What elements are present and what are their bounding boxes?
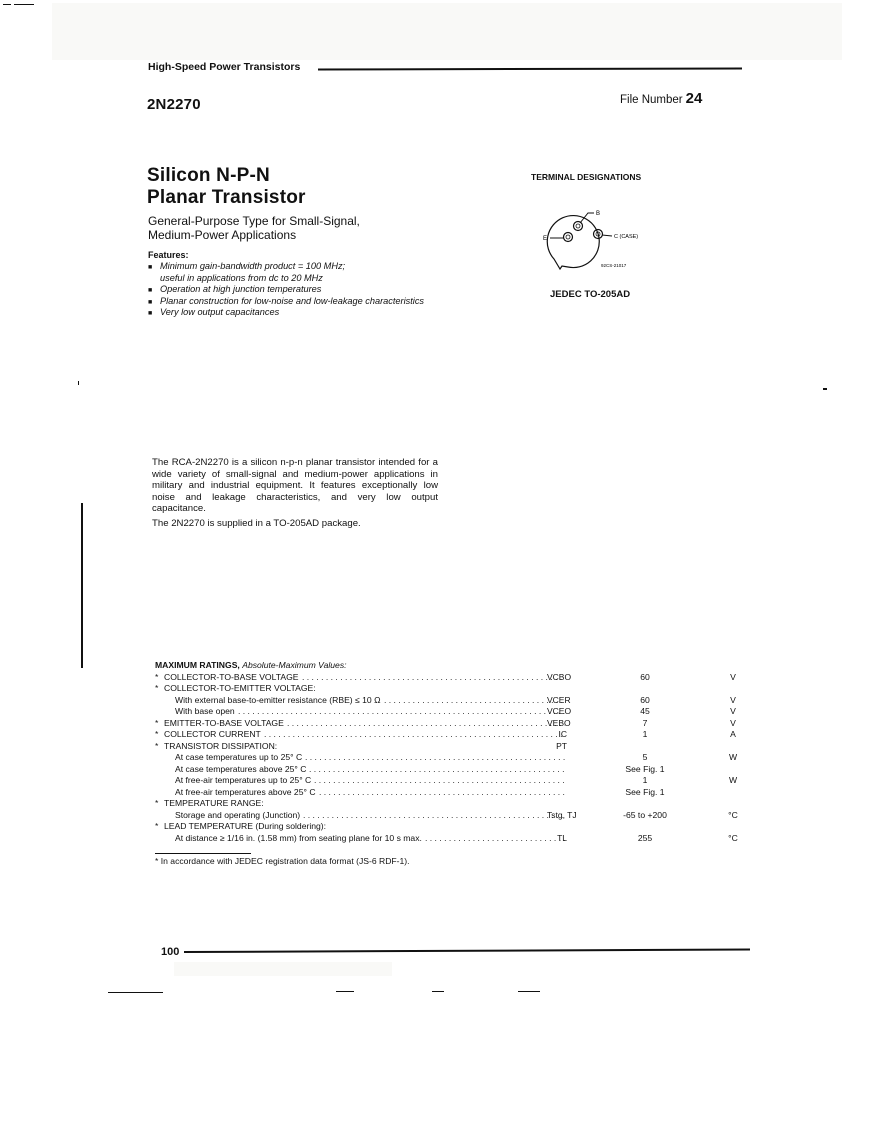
leader-dots: . . . . . . . . . . . . . . . . . . . . … [302, 672, 565, 684]
rating-label: *TEMPERATURE RANGE: [155, 798, 264, 810]
rating-unit: W [727, 775, 739, 787]
scan-mark [432, 991, 444, 992]
rating-label: *COLLECTOR-TO-EMITTER VOLTAGE: [155, 683, 316, 695]
feature-item: Very low output capacitances [148, 307, 424, 319]
scan-shading-band [174, 962, 392, 976]
rating-label-text: At free-air temperatures above 25° C [175, 787, 316, 797]
features-heading: Features: [148, 250, 189, 260]
rating-unit: V [727, 718, 739, 730]
rating-symbol: VCEO [547, 706, 567, 718]
description-paragraph: The 2N2270 is supplied in a TO-205AD pac… [152, 518, 438, 530]
rating-label-text: LEAD TEMPERATURE (During soldering): [164, 821, 326, 831]
rating-value: 7 [615, 718, 675, 730]
rating-label: With external base-to-emitter resistance… [175, 695, 381, 707]
jedec-asterisk: * [155, 718, 164, 730]
features-list: Minimum gain-bandwidth product = 100 MHz… [148, 261, 424, 319]
rating-value: 60 [615, 695, 675, 707]
rating-label-text: At free-air temperatures up to 25° C [175, 775, 311, 785]
rating-label: At case temperatures up to 25° C [175, 752, 302, 764]
rating-label: *TRANSISTOR DISSIPATION: [155, 741, 277, 753]
leader-dots: . . . . . . . . . . . . . . . . . . . . … [303, 810, 565, 822]
rating-row: *COLLECTOR-TO-EMITTER VOLTAGE: [155, 683, 755, 695]
rating-symbol: VEBO [547, 718, 567, 730]
file-number: File Number24 [620, 90, 702, 107]
rating-unit: A [727, 729, 739, 741]
ratings-heading: MAXIMUM RATINGS, Absolute-Maximum Values… [155, 660, 755, 672]
description: The RCA-2N2270 is a silicon n-p-n planar… [152, 457, 438, 533]
rating-label-text: TRANSISTOR DISSIPATION: [164, 741, 277, 751]
rating-label-text: Storage and operating (Junction) [175, 810, 300, 820]
leader-dots: . . . . . . . . . . . . . . . . . . . . … [309, 764, 565, 776]
rating-label: At free-air temperatures above 25° C [175, 787, 316, 799]
rating-value: See Fig. 1 [615, 764, 675, 776]
svg-text:E: E [543, 236, 547, 242]
rating-unit: V [727, 695, 739, 707]
jedec-asterisk: * [155, 729, 164, 741]
rating-row: At case temperatures up to 25° C . . . .… [155, 752, 755, 764]
rating-label-text: At case temperatures up to 25° C [175, 752, 302, 762]
rating-value: 5 [615, 752, 675, 764]
rating-symbol: PT [547, 741, 567, 753]
rating-label: Storage and operating (Junction) [175, 810, 300, 822]
package-designation: JEDEC TO-205AD [550, 289, 630, 300]
footer-rule [184, 949, 750, 953]
part-number: 2N2270 [147, 96, 201, 113]
jedec-asterisk: * [155, 741, 164, 753]
rating-label-text: With base open [175, 706, 235, 716]
scan-shading-band [52, 3, 842, 60]
scan-edge-line [81, 503, 83, 668]
svg-text:B: B [596, 211, 600, 217]
leader-dots: . . . . . . . . . . . . . . . . . . . . … [384, 695, 565, 707]
scan-mark [518, 991, 540, 992]
title-line-1: Silicon N-P-N [147, 165, 306, 187]
svg-text:C (CASE): C (CASE) [614, 234, 638, 240]
rating-value: 255 [615, 833, 675, 845]
title-line-2: Planar Transistor [147, 187, 306, 209]
leader-dots: . . . . . . . . . . . . . . . . . . . . … [305, 752, 565, 764]
rating-label-text: At case temperatures above 25° C [175, 764, 306, 774]
jedec-asterisk: * [155, 798, 164, 810]
terminal-designations-heading: TERMINAL DESIGNATIONS [531, 172, 641, 182]
footnote: * In accordance with JEDEC registration … [155, 856, 410, 866]
leader-dots: . . . . . . . . . . . . . . . . . . . . … [319, 787, 565, 799]
rating-row: *LEAD TEMPERATURE (During soldering): [155, 821, 755, 833]
rating-label: At free-air temperatures up to 25° C [175, 775, 311, 787]
rating-label: *COLLECTOR-TO-BASE VOLTAGE [155, 672, 299, 684]
rating-label-text: With external base-to-emitter resistance… [175, 695, 381, 705]
rating-row: *TEMPERATURE RANGE: [155, 798, 755, 810]
file-number-label: File Number [620, 94, 683, 106]
rating-row: With external base-to-emitter resistance… [155, 695, 755, 707]
rating-label-text: COLLECTOR-TO-BASE VOLTAGE [164, 672, 299, 682]
feature-item: Planar construction for low-noise and lo… [148, 296, 424, 308]
rating-row: Storage and operating (Junction) . . . .… [155, 810, 755, 822]
rating-value: See Fig. 1 [615, 787, 675, 799]
rating-label: With base open [175, 706, 235, 718]
scan-mark [3, 4, 11, 5]
scan-mark [823, 388, 827, 390]
leader-dots: . . . . . . . . . . . . . . . . . . . . … [264, 729, 565, 741]
feature-item: Minimum gain-bandwidth product = 100 MHz… [148, 261, 424, 273]
rating-label: *LEAD TEMPERATURE (During soldering): [155, 821, 326, 833]
rating-label-text: COLLECTOR CURRENT [164, 729, 261, 739]
feature-item: Operation at high junction temperatures [148, 284, 424, 296]
page-title: Silicon N-P-N Planar Transistor [147, 165, 306, 209]
rating-label: *EMITTER-TO-BASE VOLTAGE [155, 718, 284, 730]
rating-unit: W [727, 752, 739, 764]
transistor-pinout-icon: B E C (CASE) 92CS-21017 [538, 196, 678, 276]
description-paragraph: The RCA-2N2270 is a silicon n-p-n planar… [152, 457, 438, 515]
feature-item-continuation: useful in applications from dc to 20 MHz [148, 273, 424, 285]
scan-mark [336, 991, 354, 992]
rating-row: *COLLECTOR CURRENT . . . . . . . . . . .… [155, 729, 755, 741]
leader-dots: . . . . . . . . . . . . . . . . . . . . … [238, 706, 565, 718]
scan-mark [108, 992, 163, 993]
rating-value: -65 to +200 [615, 810, 675, 822]
page-number: 100 [161, 946, 179, 958]
rating-label: At case temperatures above 25° C [175, 764, 306, 776]
rating-row: At distance ≥ 1/16 in. (1.58 mm) from se… [155, 833, 755, 845]
rating-symbol: VCBO [547, 672, 567, 684]
leader-dots: . . . . . . . . . . . . . . . . . . . . … [287, 718, 565, 730]
leader-dots: . . . . . . . . . . . . . . . . . . . . … [425, 833, 565, 845]
rating-label: At distance ≥ 1/16 in. (1.58 mm) from se… [175, 833, 422, 845]
rating-row: *TRANSISTOR DISSIPATION:PT [155, 741, 755, 753]
svg-text:92CS-21017: 92CS-21017 [601, 263, 627, 268]
subtitle: General-Purpose Type for Small-Signal, M… [148, 214, 360, 242]
rating-label-text: TEMPERATURE RANGE: [164, 798, 264, 808]
rating-row: With base open . . . . . . . . . . . . .… [155, 706, 755, 718]
maximum-ratings-table: MAXIMUM RATINGS, Absolute-Maximum Values… [155, 660, 755, 844]
rating-symbol: IC [547, 729, 567, 741]
rating-value: 60 [615, 672, 675, 684]
rating-row: At case temperatures above 25° C . . . .… [155, 764, 755, 776]
rating-row: At free-air temperatures up to 25° C . .… [155, 775, 755, 787]
footnote-rule [155, 853, 251, 854]
ratings-heading-bold: MAXIMUM RATINGS, [155, 660, 240, 670]
rating-label-text: COLLECTOR-TO-EMITTER VOLTAGE: [164, 683, 316, 693]
jedec-asterisk: * [155, 821, 164, 833]
rating-unit: °C [727, 810, 739, 822]
rating-label-text: At distance ≥ 1/16 in. (1.58 mm) from se… [175, 833, 422, 843]
header-rule [318, 67, 742, 70]
rating-row: *COLLECTOR-TO-BASE VOLTAGE . . . . . . .… [155, 672, 755, 684]
rating-unit: V [727, 706, 739, 718]
rating-label-text: EMITTER-TO-BASE VOLTAGE [164, 718, 284, 728]
rating-label: *COLLECTOR CURRENT [155, 729, 261, 741]
rating-symbol: Tstg, TJ [547, 810, 567, 822]
rating-value: 45 [615, 706, 675, 718]
file-number-value: 24 [686, 90, 703, 107]
rating-symbol: TL [547, 833, 567, 845]
rating-unit: V [727, 672, 739, 684]
rating-unit: °C [727, 833, 739, 845]
ratings-heading-italic: Absolute-Maximum Values: [242, 660, 346, 670]
jedec-asterisk: * [155, 683, 164, 695]
rating-value: 1 [615, 775, 675, 787]
scan-mark [14, 4, 34, 5]
leader-dots: . . . . . . . . . . . . . . . . . . . . … [314, 775, 565, 787]
rating-row: *EMITTER-TO-BASE VOLTAGE . . . . . . . .… [155, 718, 755, 730]
subtitle-line-2: Medium-Power Applications [148, 228, 360, 242]
scan-mark [78, 381, 79, 385]
running-head: High-Speed Power Transistors [148, 61, 300, 73]
subtitle-line-1: General-Purpose Type for Small-Signal, [148, 214, 360, 228]
rating-value: 1 [615, 729, 675, 741]
rating-row: At free-air temperatures above 25° C . .… [155, 787, 755, 799]
jedec-asterisk: * [155, 672, 164, 684]
rating-symbol: VCER [547, 695, 567, 707]
terminal-diagram: B E C (CASE) 92CS-21017 [538, 196, 678, 276]
